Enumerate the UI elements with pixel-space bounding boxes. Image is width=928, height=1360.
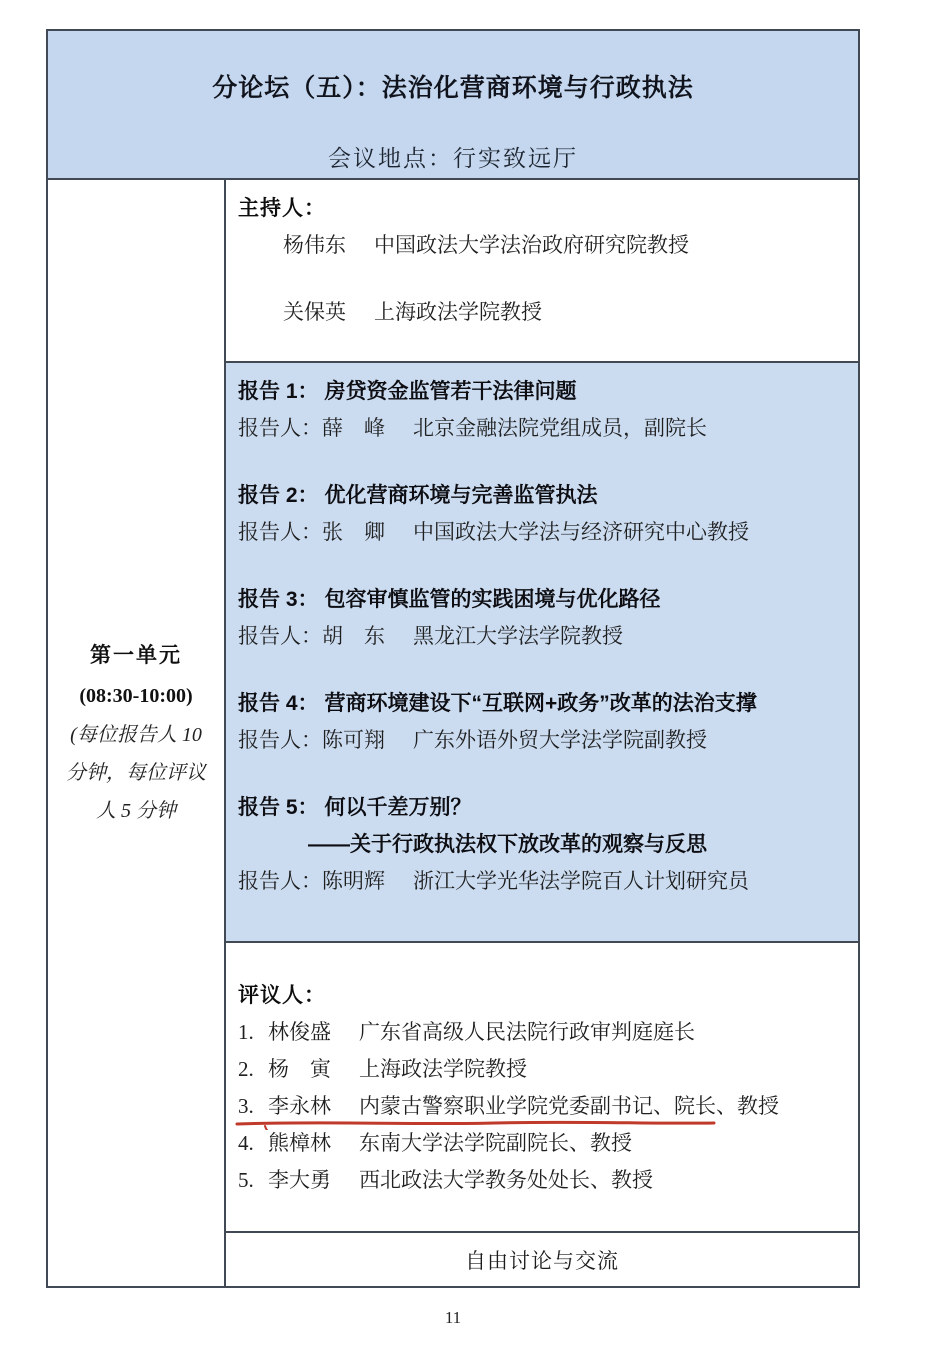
reviewer-affiliation: 东南大学法学院副院长、教授 — [359, 1131, 632, 1155]
report-presenter: 报告人：张 卿中国政法大学法与经济研究中心教授 — [238, 514, 858, 551]
presenter-affiliation: 黑龙江大学法学院教授 — [413, 624, 623, 648]
meeting-location: 会议地点：行实致远厅 — [48, 143, 858, 175]
reviewer-name: 杨 寅 — [268, 1057, 331, 1081]
presenter-label: 报告人： — [238, 869, 322, 893]
report-block-5: 报告 5：何以千差万别？ ——关于行政执法权下放改革的观察与反思 报告人：陈明辉… — [238, 789, 858, 900]
moderator-affiliation: 上海政法学院教授 — [374, 300, 542, 324]
reviewer-row: 5.李大勇西北政法大学教务处处长、教授 — [238, 1162, 653, 1199]
report-subtitle: ——关于行政执法权下放改革的观察与反思 — [238, 826, 858, 863]
report-presenter: 报告人：胡 东黑龙江大学法学院教授 — [238, 618, 858, 655]
presenter-name: 陈可翔 — [322, 728, 385, 752]
moderators-section: 主持人： 杨伟东中国政法大学法治政府研究院教授 关保英上海政法学院教授 — [226, 180, 858, 361]
report-title-text: 何以千差万别？ — [325, 796, 472, 819]
report-title-text: 包容审慎监管的实践困境与优化路径 — [325, 588, 661, 611]
presenter-affiliation: 中国政法大学法与经济研究中心教授 — [413, 520, 749, 544]
session-note-line-3: 人 5 分钟 — [96, 792, 176, 830]
report-title-text: 房贷资金监管若干法律问题 — [325, 380, 577, 403]
session-detail-column: 主持人： 杨伟东中国政法大学法治政府研究院教授 关保英上海政法学院教授 报告 1… — [226, 180, 858, 1286]
reviewer-row: 2.杨 寅上海政法学院教授 — [238, 1051, 527, 1088]
session-name: 第一单元 — [90, 636, 182, 676]
reviewer-affiliation: 内蒙古警察职业学院党委副书记、院长、教授 — [359, 1094, 779, 1118]
program-table: 分论坛（五）：法治化营商环境与行政执法 会议地点：行实致远厅 第一单元 (08:… — [46, 29, 860, 1288]
reviewer-name: 林俊盛 — [268, 1020, 331, 1044]
reviewer-number: 3. — [238, 1088, 268, 1125]
session-time: (08:30-10:00) — [79, 676, 192, 716]
reviewer-name: 李大勇 — [268, 1168, 331, 1192]
presenter-affiliation: 北京金融法院党组成员，副院长 — [413, 416, 707, 440]
report-title: 报告 2：优化营商环境与完善监管执法 — [238, 477, 858, 514]
presenter-name: 胡 东 — [322, 624, 385, 648]
presenter-label: 报告人： — [238, 416, 322, 440]
presenter-name: 薛 峰 — [322, 416, 385, 440]
report-title-text: 营商环境建设下“互联网+政务”改革的法治支撑 — [325, 692, 757, 715]
presenter-name: 张 卿 — [322, 520, 385, 544]
reports-section: 报告 1：房贷资金监管若干法律问题 报告人：薛 峰北京金融法院党组成员，副院长 … — [226, 361, 858, 943]
report-block-1: 报告 1：房贷资金监管若干法律问题 报告人：薛 峰北京金融法院党组成员，副院长 — [238, 373, 858, 447]
reviewer-affiliation: 上海政法学院教授 — [359, 1057, 527, 1081]
report-label: 报告 3： — [238, 588, 319, 611]
session-cell: 第一单元 (08:30-10:00) (每位报告人 10 分钟，每位评议 人 5… — [48, 180, 226, 1286]
presenter-label: 报告人： — [238, 520, 322, 544]
report-title-text: 优化营商环境与完善监管执法 — [325, 484, 598, 507]
reviewer-affiliation: 西北政法大学教务处处长、教授 — [359, 1168, 653, 1192]
reviewer-number: 5. — [238, 1162, 268, 1199]
report-label: 报告 4： — [238, 692, 319, 715]
report-presenter: 报告人：陈明辉浙江大学光华法学院百人计划研究员 — [238, 863, 858, 900]
report-block-4: 报告 4：营商环境建设下“互联网+政务”改革的法治支撑 报告人：陈可翔广东外语外… — [238, 685, 858, 759]
moderator-row: 杨伟东中国政法大学法治政府研究院教授 — [238, 227, 858, 264]
reviewer-number: 1. — [238, 1014, 268, 1051]
report-label: 报告 2： — [238, 484, 319, 507]
report-label: 报告 5： — [238, 796, 319, 819]
table-body: 第一单元 (08:30-10:00) (每位报告人 10 分钟，每位评议 人 5… — [48, 180, 858, 1286]
reviewers-section: 评议人： 1.林俊盛广东省高级人民法院行政审判庭庭长 2.杨 寅上海政法学院教授… — [226, 943, 858, 1231]
session-note-line-1: (每位报告人 10 — [70, 716, 202, 754]
presenter-affiliation: 浙江大学光华法学院百人计划研究员 — [413, 869, 749, 893]
reviewer-name: 李永林 — [268, 1094, 331, 1118]
report-presenter: 报告人：陈可翔广东外语外贸大学法学院副教授 — [238, 722, 858, 759]
presenter-name: 陈明辉 — [322, 869, 385, 893]
reviewer-row: 4.熊樟林东南大学法学院副院长、教授 — [238, 1125, 632, 1162]
table-header: 分论坛（五）：法治化营商环境与行政执法 会议地点：行实致远厅 — [48, 31, 858, 180]
reviewer-row-underlined: 3.李永林内蒙古警察职业学院党委副书记、院长、教授 — [238, 1088, 779, 1125]
report-block-3: 报告 3：包容审慎监管的实践困境与优化路径 报告人：胡 东黑龙江大学法学院教授 — [238, 581, 858, 655]
report-label: 报告 1： — [238, 380, 319, 403]
reviewer-number: 2. — [238, 1051, 268, 1088]
presenter-label: 报告人： — [238, 624, 322, 648]
session-note-line-2: 分钟，每位评议 — [66, 754, 206, 792]
page-number: 11 — [46, 1308, 860, 1328]
report-title: 报告 5：何以千差万别？ — [238, 789, 858, 826]
reviewer-name: 熊樟林 — [268, 1131, 331, 1155]
report-presenter: 报告人：薛 峰北京金融法院党组成员，副院长 — [238, 410, 858, 447]
report-title: 报告 4：营商环境建设下“互联网+政务”改革的法治支撑 — [238, 685, 858, 722]
reviewers-label: 评议人： — [238, 977, 858, 1014]
moderator-row: 关保英上海政法学院教授 — [238, 294, 858, 331]
report-title: 报告 3：包容审慎监管的实践困境与优化路径 — [238, 581, 858, 618]
moderator-affiliation: 中国政法大学法治政府研究院教授 — [374, 233, 689, 257]
moderator-name: 杨伟东 — [283, 233, 346, 257]
report-block-2: 报告 2：优化营商环境与完善监管执法 报告人：张 卿中国政法大学法与经济研究中心… — [238, 477, 858, 551]
discussion-row: 自由讨论与交流 — [226, 1231, 858, 1286]
reviewer-number: 4. — [238, 1125, 268, 1162]
reviewer-affiliation: 广东省高级人民法院行政审判庭庭长 — [359, 1020, 695, 1044]
report-title: 报告 1：房贷资金监管若干法律问题 — [238, 373, 858, 410]
presenter-label: 报告人： — [238, 728, 322, 752]
moderators-label: 主持人： — [238, 190, 858, 227]
reviewer-row: 1.林俊盛广东省高级人民法院行政审判庭庭长 — [238, 1014, 695, 1051]
moderator-name: 关保英 — [283, 300, 346, 324]
presenter-affiliation: 广东外语外贸大学法学院副教授 — [413, 728, 707, 752]
forum-title: 分论坛（五）：法治化营商环境与行政执法 — [48, 67, 858, 109]
